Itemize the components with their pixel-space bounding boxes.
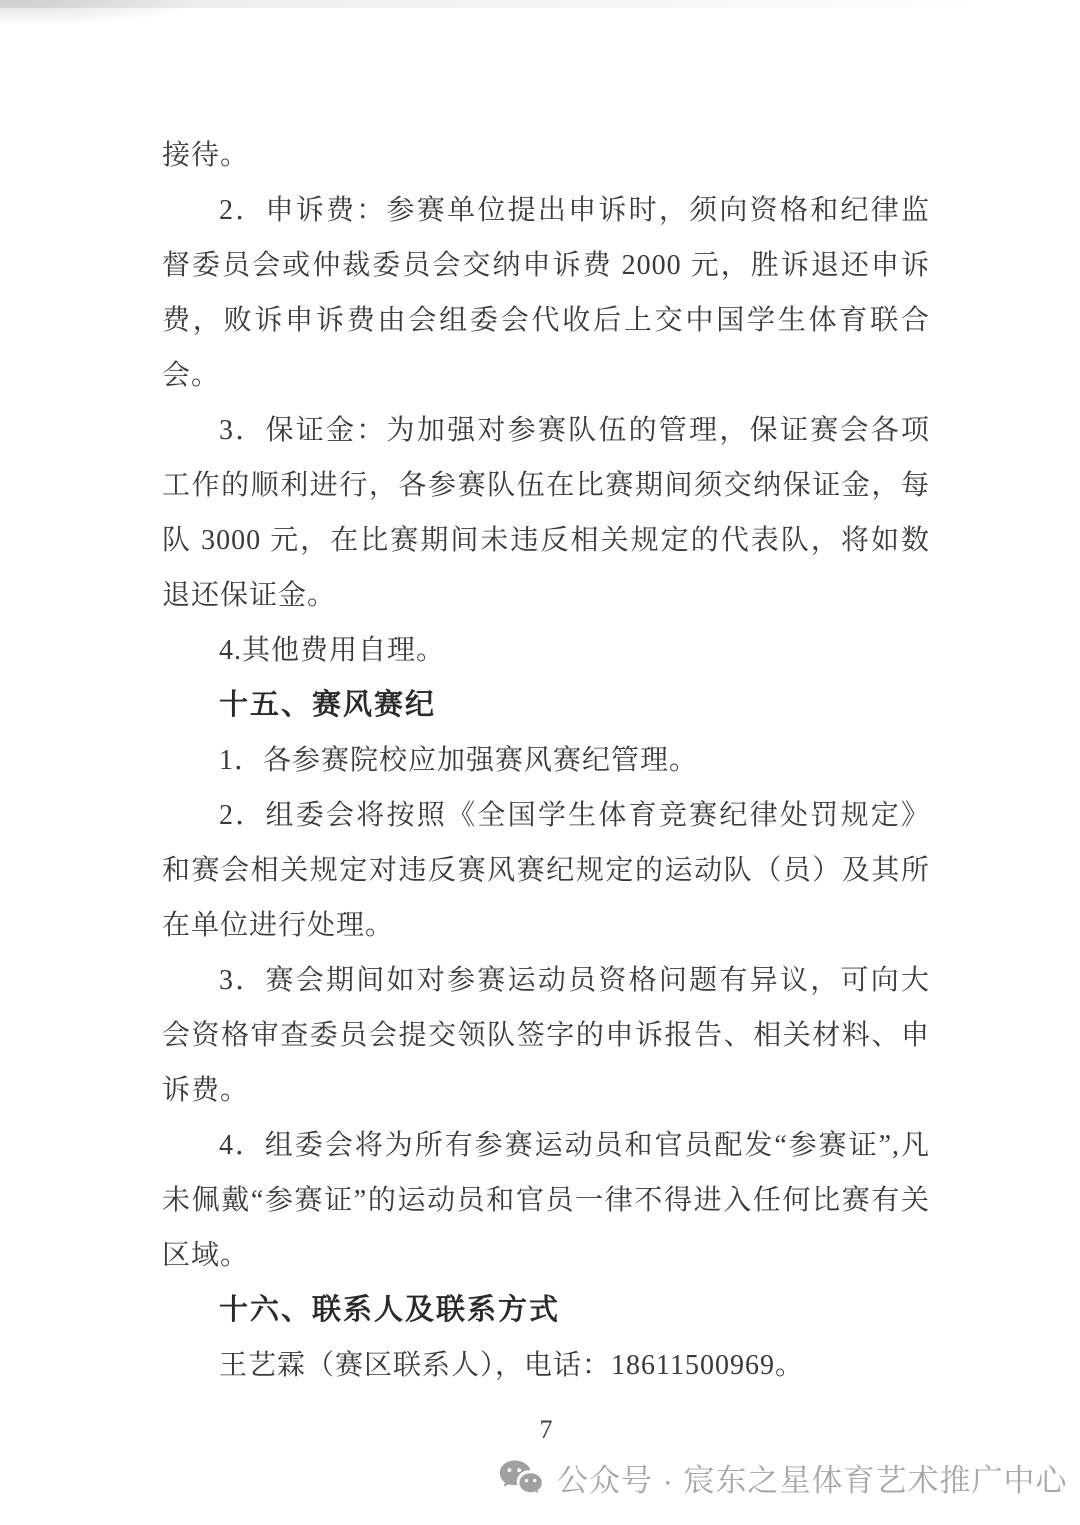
text-line: 会资格审查委员会提交领队签字的申诉报告、相关材料、申 bbox=[162, 1008, 930, 1063]
text-line: 区域。 bbox=[162, 1228, 930, 1283]
document-content: 接待。2．申诉费：参赛单位提出申诉时，须向资格和纪律监督委员会或仲裁委员会交纳申… bbox=[162, 128, 930, 1393]
text-line: 接待。 bbox=[162, 128, 930, 183]
section-heading: 十六、联系人及联系方式 bbox=[162, 1283, 930, 1338]
text-line: 会。 bbox=[162, 348, 930, 403]
text-line: 3．赛会期间如对参赛运动员资格问题有异议，可向大 bbox=[162, 953, 930, 1008]
text-line: 4．组委会将为所有参赛运动员和官员配发“参赛证”,凡 bbox=[162, 1118, 930, 1173]
text-line: 退还保证金。 bbox=[162, 568, 930, 623]
text-line: 诉费。 bbox=[162, 1063, 930, 1118]
text-line: 督委员会或仲裁委员会交纳申诉费 2000 元，胜诉退还申诉 bbox=[162, 238, 930, 293]
watermark: 公众号 · 宸东之星体育艺术推广中心 bbox=[499, 1456, 1068, 1506]
page-number: 7 bbox=[162, 1412, 930, 1448]
text-line: 王艺霖（赛区联系人），电话：18611500969。 bbox=[162, 1338, 930, 1393]
text-line: 和赛会相关规定对违反赛风赛纪规定的运动队（员）及其所 bbox=[162, 843, 930, 898]
document-page: 接待。2．申诉费：参赛单位提出申诉时，须向资格和纪律监督委员会或仲裁委员会交纳申… bbox=[0, 0, 1080, 1525]
text-line: 费，败诉申诉费由会组委会代收后上交中国学生体育联合 bbox=[162, 293, 930, 348]
text-line: 在单位进行处理。 bbox=[162, 898, 930, 953]
text-line: 2．组委会将按照《全国学生体育竞赛纪律处罚规定》 bbox=[162, 788, 930, 843]
text-line: 2．申诉费：参赛单位提出申诉时，须向资格和纪律监 bbox=[162, 183, 930, 238]
watermark-text: 公众号 · 宸东之星体育艺术推广中心 bbox=[557, 1456, 1068, 1506]
text-line: 4.其他费用自理。 bbox=[162, 623, 930, 678]
wechat-icon bbox=[499, 1459, 545, 1503]
text-line: 1．各参赛院校应加强赛风赛纪管理。 bbox=[162, 733, 930, 788]
text-line: 未佩戴“参赛证”的运动员和官员一律不得进入任何比赛有关 bbox=[162, 1173, 930, 1228]
text-line: 3．保证金：为加强对参赛队伍的管理，保证赛会各项 bbox=[162, 403, 930, 458]
text-line: 队 3000 元，在比赛期间未违反相关规定的代表队，将如数 bbox=[162, 513, 930, 568]
text-line: 工作的顺利进行，各参赛队伍在比赛期间须交纳保证金，每 bbox=[162, 458, 930, 513]
section-heading: 十五、赛风赛纪 bbox=[162, 678, 930, 733]
scan-artifact-corner bbox=[0, 0, 210, 26]
